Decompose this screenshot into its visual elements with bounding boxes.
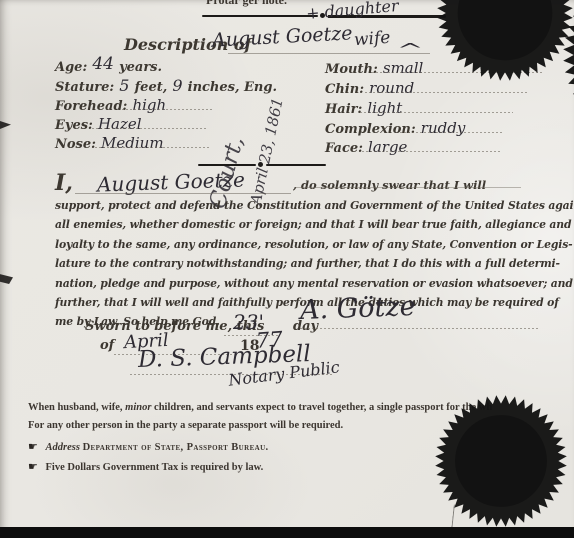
forehead-label: Forehead: xyxy=(55,99,127,114)
chin-line xyxy=(365,92,528,93)
field-mouth: Mouth: small xyxy=(325,58,423,77)
face-line xyxy=(362,151,500,152)
mid-divider-left xyxy=(198,164,256,166)
eyes-value: Hazel xyxy=(98,115,142,133)
mid-divider-dot xyxy=(258,162,263,167)
stature-suffix: inches, Eng. xyxy=(188,80,277,95)
field-eyes: Eyes: Hazel xyxy=(55,114,142,133)
hair-value: light xyxy=(367,99,402,117)
stature-inches-value: 9 xyxy=(172,76,182,95)
footnote-travel-together: When husband, wife, minor children, and … xyxy=(28,402,492,413)
pointing-hand-icon: ☛ xyxy=(28,440,38,453)
applicant-signature: A. Götze xyxy=(299,291,416,326)
age-suffix: years. xyxy=(119,60,162,75)
stature-feet-value: 5 xyxy=(119,76,129,95)
oath-initial: I, xyxy=(55,170,73,196)
complexion-label: Complexion: xyxy=(325,122,416,137)
daughter-annotation: + daughter xyxy=(305,0,399,23)
field-forehead: Forehead: high xyxy=(55,95,166,114)
wife-annotation: wife xyxy=(353,28,391,50)
complexion-value: ruddy xyxy=(421,119,466,137)
notary-seal-bottom-right xyxy=(435,395,567,531)
oath-line: lature to the contrary notwithstanding; … xyxy=(55,254,521,273)
notary-seal-top-right xyxy=(437,0,573,85)
directive-address-emphasis: Address xyxy=(46,442,80,453)
notary-seal-right-edge-partial xyxy=(563,0,574,141)
field-nose: Nose: Medium xyxy=(55,133,164,152)
oath-first-line: I, August Goetze , do solemnly swear tha… xyxy=(55,170,521,196)
complexion-line xyxy=(400,132,503,133)
forehead-line xyxy=(122,109,214,110)
oath-line: further, that I will well and faithfully… xyxy=(55,293,521,312)
nose-value: Medium xyxy=(101,134,164,152)
applicant-name-handwritten: August Goetze xyxy=(212,22,354,51)
scanned-document-page: Protar ger note. + daughter Description … xyxy=(0,0,574,538)
nose-line xyxy=(95,147,209,148)
stature-feet-label: feet, xyxy=(135,80,168,95)
oath-paragraph: I, August Goetze , do solemnly swear tha… xyxy=(55,170,521,332)
oath-after-name: , do solemnly swear that I will xyxy=(293,178,486,192)
left-margin-ink-mark xyxy=(0,121,11,129)
stature-label: Stature: xyxy=(55,80,114,95)
hair-label: Hair: xyxy=(325,102,362,117)
face-value: large xyxy=(368,138,407,156)
left-margin-ink-mark xyxy=(0,273,13,284)
field-stature: Stature: 5 feet, 9 inches, Eng. xyxy=(55,76,277,95)
field-age: Age: 44 years. xyxy=(55,56,162,76)
scan-bottom-black-band xyxy=(0,527,574,538)
eyes-label: Eyes: xyxy=(55,118,93,133)
top-cropped-text: Protar ger note. xyxy=(206,0,287,8)
field-chin: Chin: round xyxy=(325,78,414,97)
oath-name-underline xyxy=(75,193,291,194)
directive-address: ☛ Address Department of State, Passport … xyxy=(28,440,269,453)
top-divider-left xyxy=(202,15,318,17)
pointing-hand-icon: ☛ xyxy=(28,460,38,473)
mouth-value: small xyxy=(383,59,423,77)
hair-line xyxy=(360,112,513,113)
applicant-signature-line xyxy=(300,328,540,329)
chin-label: Chin: xyxy=(325,82,364,97)
chin-value: round xyxy=(369,79,414,97)
oath-line: support, protect and defend the Constitu… xyxy=(55,196,521,215)
field-face: Face: large xyxy=(325,137,407,156)
directive-address-text: Department of State, Passport Bureau. xyxy=(83,442,269,453)
footnote1-pre: When husband, wife, xyxy=(28,402,125,413)
directive-tax-text: Five Dollars Government Tax is required … xyxy=(46,462,264,473)
oath-line: all enemies, whether domestic or foreign… xyxy=(55,215,521,234)
forehead-value: high xyxy=(132,96,166,114)
oath-rule-through-text xyxy=(295,187,521,188)
sworn-of-label: of xyxy=(100,338,114,353)
footnote-separate-passport: For any other person in the party a sepa… xyxy=(28,420,343,431)
caret-mark: ^ xyxy=(397,40,424,60)
directive-tax: ☛ Five Dollars Government Tax is require… xyxy=(28,460,263,473)
age-label: Age: xyxy=(55,60,87,75)
nose-label: Nose: xyxy=(55,137,96,152)
mid-divider-right xyxy=(266,164,326,166)
footnote1-italic: minor xyxy=(125,402,151,413)
eyes-line xyxy=(92,128,206,129)
face-label: Face: xyxy=(325,141,363,156)
age-value: 44 xyxy=(92,54,114,74)
field-hair: Hair: light xyxy=(325,98,402,117)
mouth-label: Mouth: xyxy=(325,62,378,77)
oath-line: loyalty to the same, any ordinance, reso… xyxy=(55,235,521,254)
oath-line: nation, pledge and purpose, without any … xyxy=(55,274,521,293)
field-complexion: Complexion: ruddy xyxy=(325,118,465,137)
